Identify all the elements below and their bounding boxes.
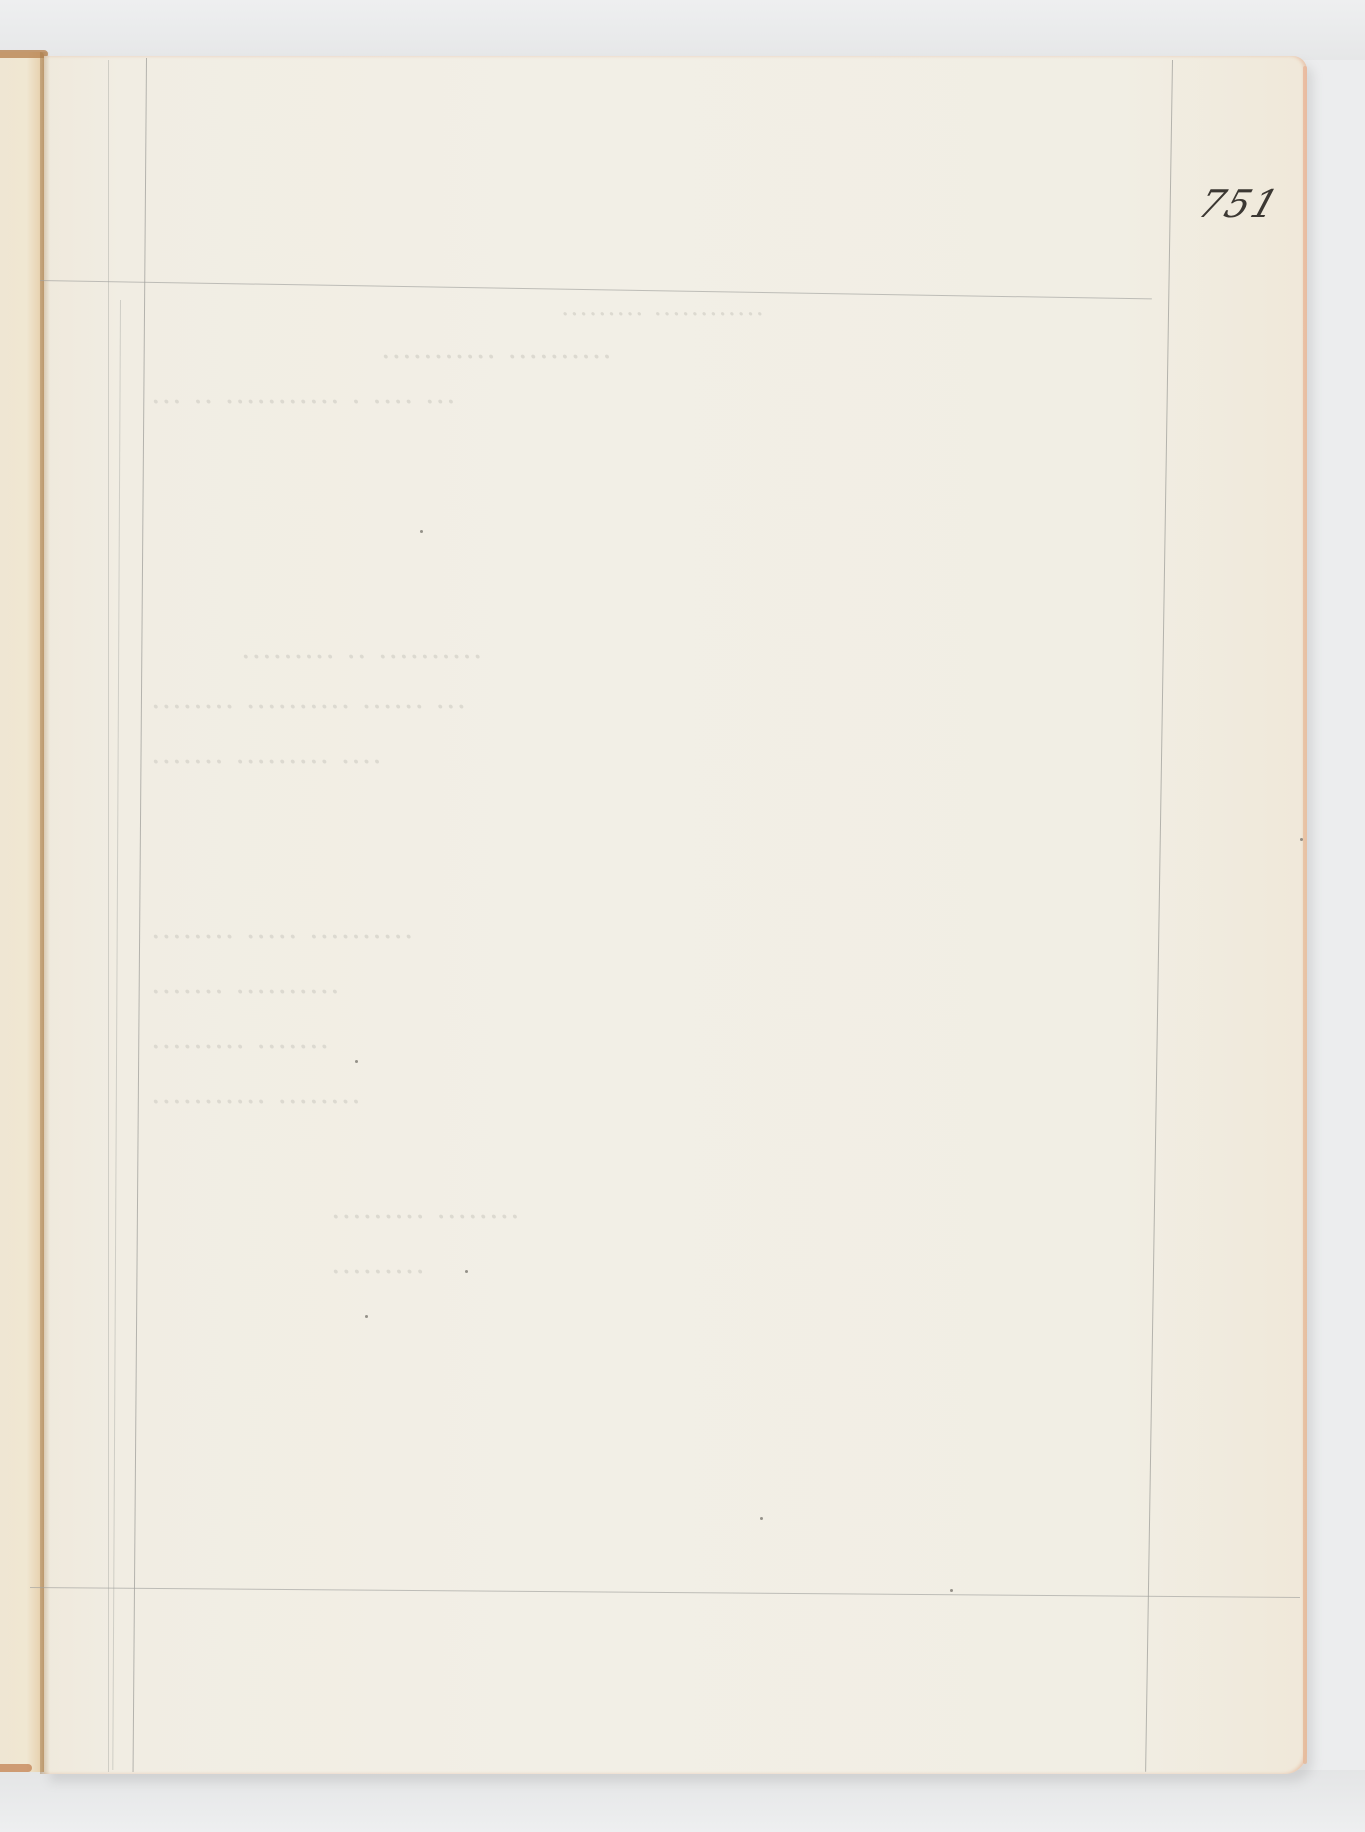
facing-page-edge [0,52,44,1772]
bleed-through-line: ·········· ··········· [380,340,612,375]
paper-speck [760,1517,763,1520]
bleed-through-line: ·········· ······· [150,975,340,1010]
paper-speck [365,1315,368,1318]
bleed-through-line: ·········· ·· ········· [240,640,482,675]
bleed-through-line: ·········· ····· ········ [150,920,413,955]
paper-speck [1300,838,1303,841]
page-number: 751 [1193,182,1286,226]
bleed-through-line: ········ ········· [330,1200,520,1235]
bleed-through-line: ··· ······ ·········· ········ [150,690,466,725]
gutter-shadow [40,52,50,1774]
paper-speck [950,1589,953,1592]
paper-speck [355,1060,358,1063]
paper-speck [420,530,423,533]
inner-margin-rule-faint [108,60,109,1772]
bleed-through-line: ······· ········· [150,1030,329,1065]
bleed-through-line: ···· ········· ······· [150,745,382,780]
bleed-through-line: ········ ··········· [150,1085,361,1120]
scan-backdrop-top [0,0,1365,60]
paper-speck [465,1270,468,1273]
scan-backdrop-bottom [0,1770,1365,1832]
binding-tear-bottom [0,1764,32,1772]
bleed-through-line: ········· [330,1255,425,1290]
bleed-through-line: ··· ···· · ··········· ·· ··· [150,385,456,420]
bleed-through-line: ············ ········· [560,300,764,330]
